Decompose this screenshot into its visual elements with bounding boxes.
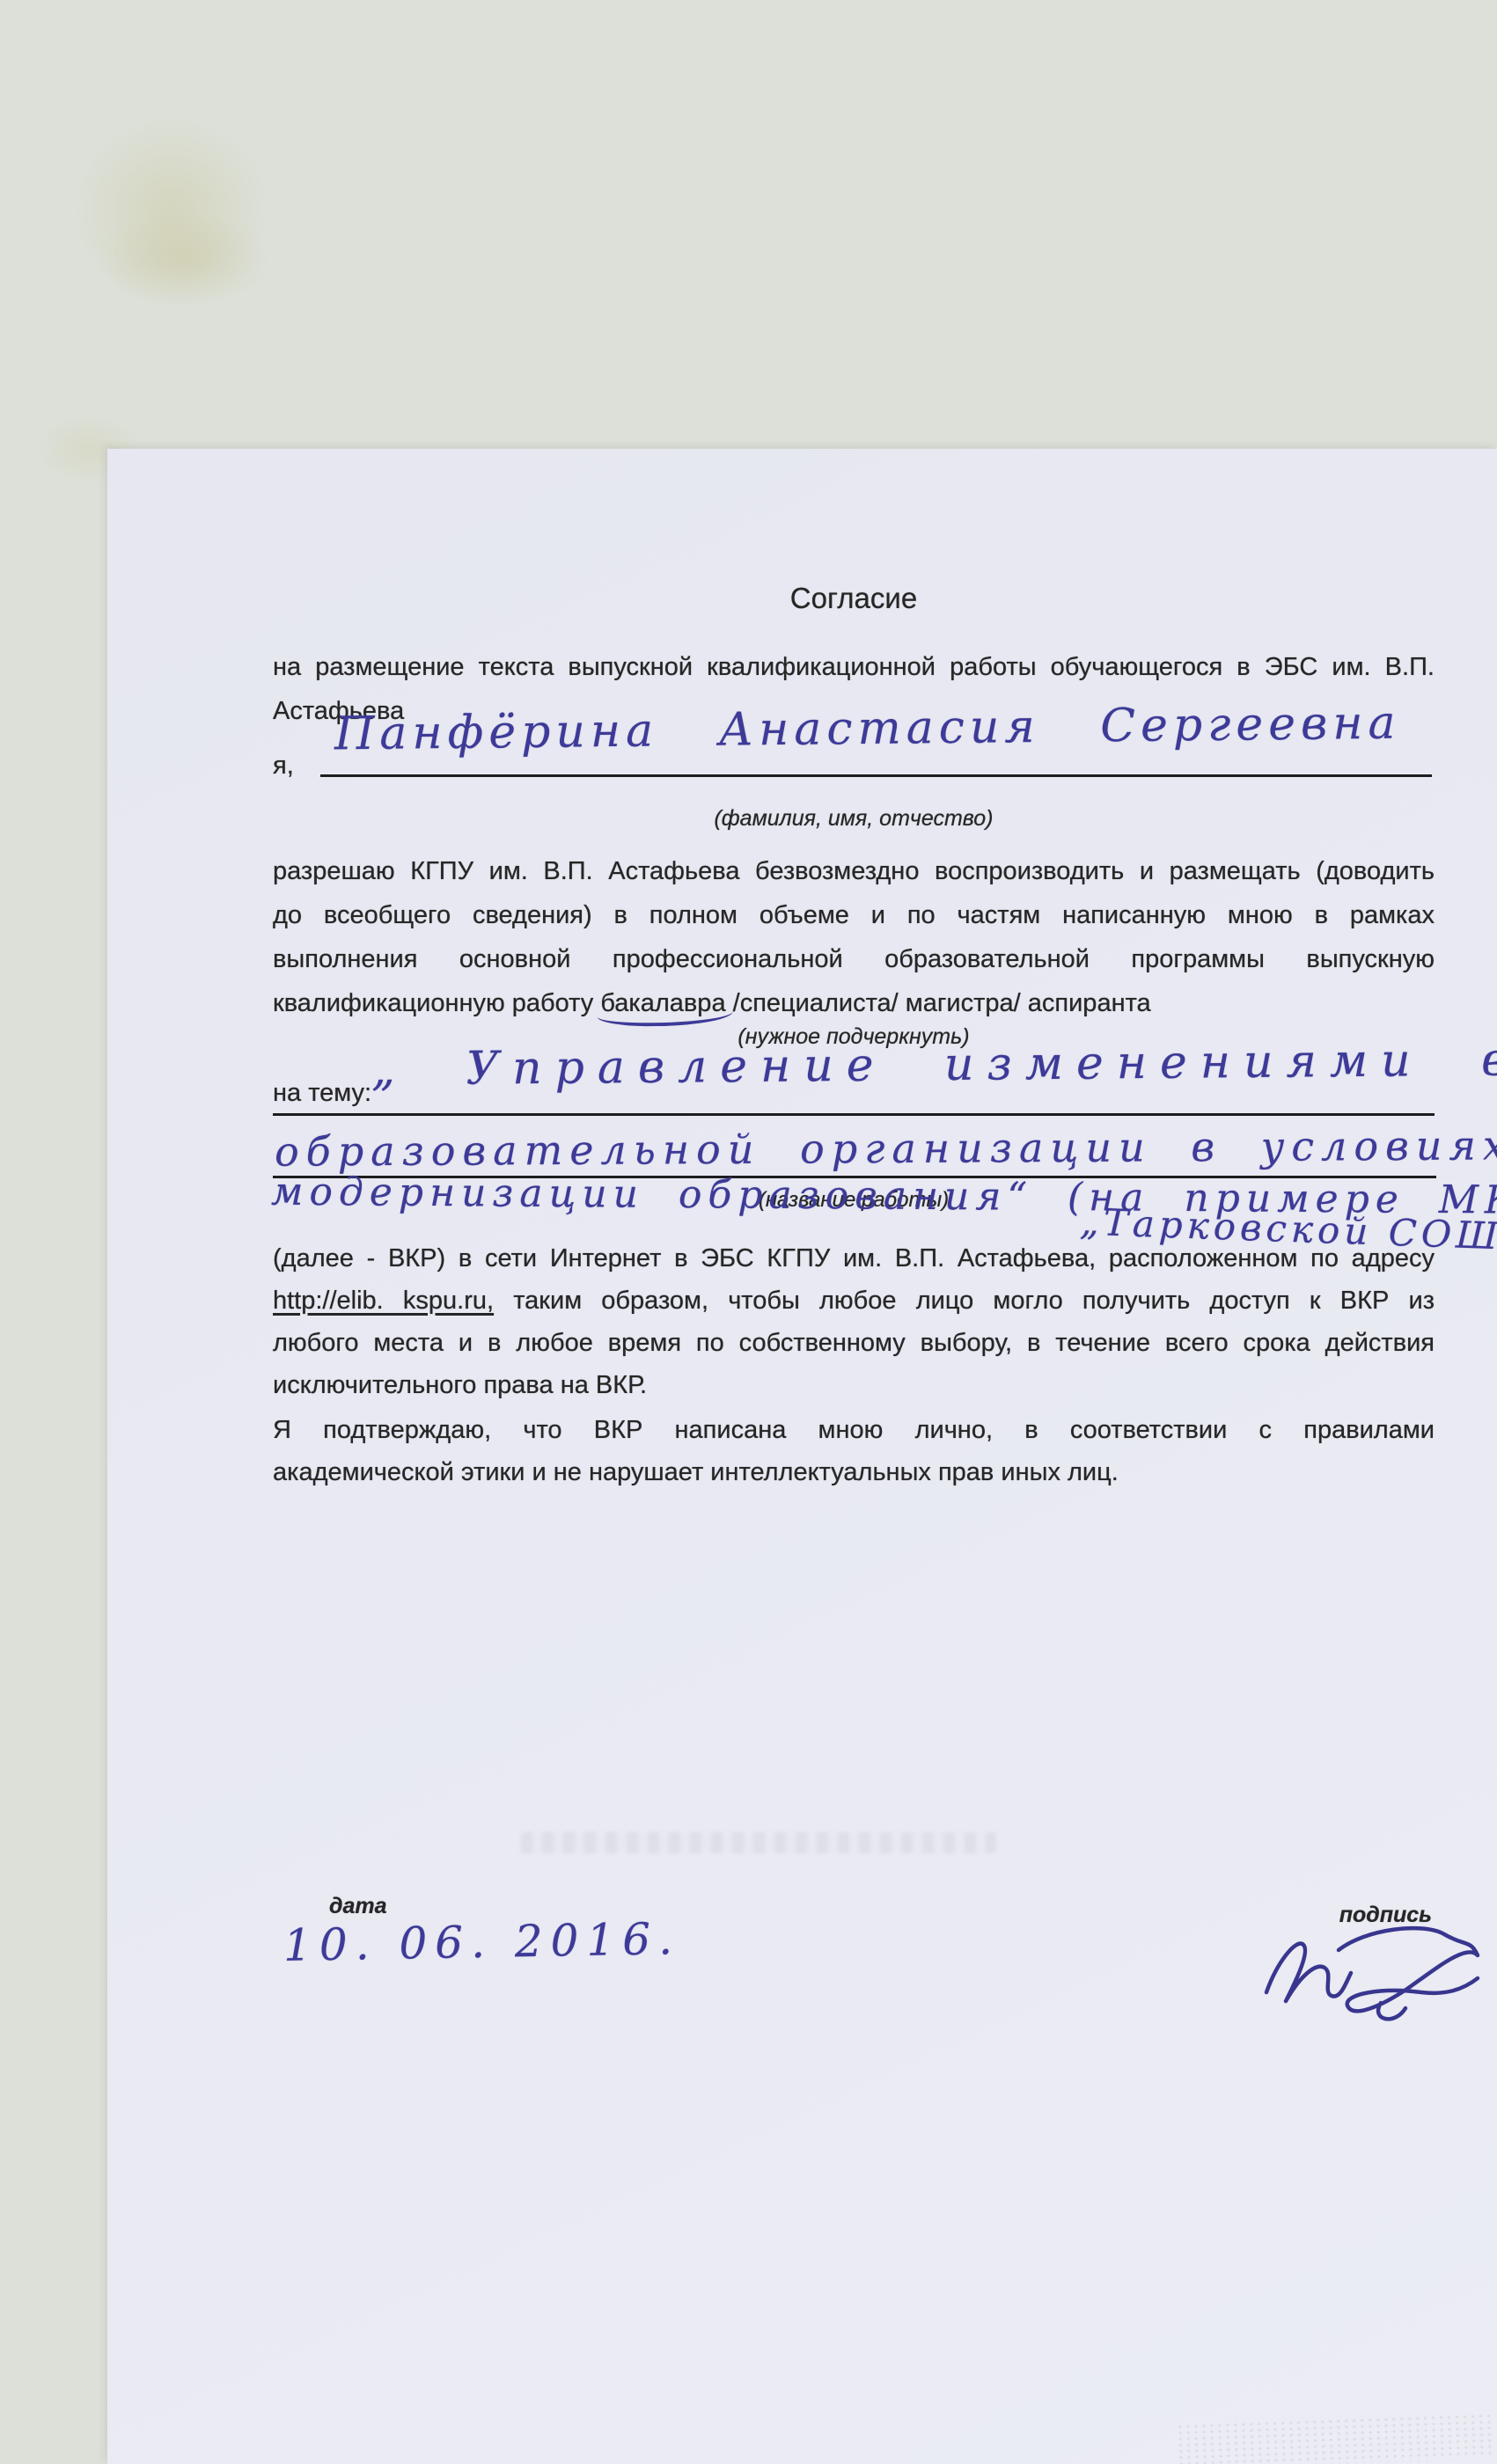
vkr-line: (далее - ВКР) в сети Интернет в ЭБС КГПУ… [273,1241,1435,1276]
permission-line: разрешаю КГПУ им. В.П. Астафьева безвозм… [273,854,1435,889]
topic-rule-line [273,1113,1435,1116]
bachelor-ink-underlined: бакалавра [600,989,725,1017]
scanner-canvas: Согласие на размещение текста выпускной … [0,0,1497,2464]
elib-url-underlined: http://elib. kspu.ru, [273,1287,494,1315]
permission-line-part: квалификационную работу [273,989,600,1017]
permission-line-part: /специалиста/ магистра/ аспиранта [726,989,1151,1017]
vkr-line: исключительного права на ВКР. [273,1368,1435,1403]
consent-document-page: Согласие на размещение текста выпускной … [107,449,1497,2464]
permission-line: квалификационную работу бакалавра /специ… [273,986,1435,1021]
page-title: Согласие [273,581,1435,616]
intro-line: на размещение текста выпускной квалифика… [273,649,1435,685]
confirmation-line: Я подтверждаю, что ВКР написана мною лич… [273,1412,1435,1448]
confirmation-line: академической этики и не нарушает интелл… [273,1455,1435,1490]
name-caption: (фамилия, имя, отчество) [273,801,1435,836]
vkr-line: http://elib. kspu.ru, таким образом, что… [273,1283,1435,1318]
background-stain [97,211,273,308]
handwritten-topic-line: „ Управление изменениями в [371,1033,1497,1096]
handwritten-date: 10. 06. 2016. [283,1913,681,1971]
handwritten-topic-line: образовательной организации в условиях [275,1121,1497,1175]
bleed-through-smudge [521,1832,996,1853]
vkr-line: любого места и в любое время по собствен… [273,1325,1435,1360]
permission-line: выполнения основной профессиональной обр… [273,942,1435,977]
handwritten-name: Панфёрина Анастасия Сергеевна [334,697,1401,761]
vkr-line-part: таким образом, чтобы любое лицо могло по… [494,1287,1435,1315]
name-rule-line [320,774,1432,777]
permission-line: до всеобщего сведения) в полном объеме и… [273,898,1435,933]
background-stain [70,114,273,308]
signature-scrawl [1247,1920,1489,2030]
scan-noise-speckles [1176,2413,1494,2464]
